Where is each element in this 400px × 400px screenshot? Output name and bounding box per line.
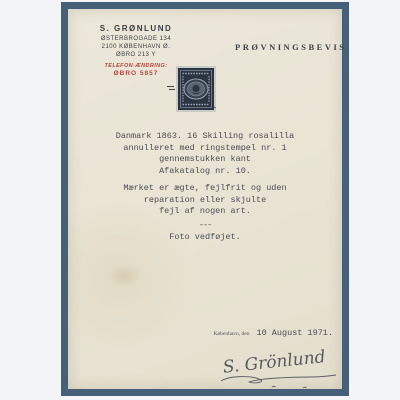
separator-dashes: --- xyxy=(68,220,342,232)
document-title: PRØVNINGSBEVIS xyxy=(235,42,347,52)
annotation-dash-mark xyxy=(167,85,175,91)
description-line: gennemstukken kant xyxy=(68,154,342,166)
signature-text: S. Grönlund xyxy=(222,347,327,378)
statement-line: reparation eller skjulte xyxy=(68,195,342,207)
page-background: { "letterhead": { "name": "S. GRØNLUND",… xyxy=(0,0,400,400)
letterhead-phone: ØBRO 213 Y xyxy=(76,51,196,59)
description-line: Afakatalog nr. 10. xyxy=(68,166,342,178)
stamp-photo xyxy=(176,66,216,112)
statement-line: fejl af nogen art. xyxy=(68,206,342,218)
statement-line: Mærket er ægte, fejlfrit og uden xyxy=(68,183,342,195)
letterhead-address1: ØSTERBROGADE 134 xyxy=(76,35,196,43)
paper-stain xyxy=(108,264,142,288)
photo-note: Foto vedføjet. xyxy=(68,232,342,244)
letterhead-name: S. GRØNLUND xyxy=(76,24,196,33)
signature: S. Grönlund xyxy=(215,335,341,391)
certificate-photo: S. GRØNLUND ØSTERBROGADE 134 2100 KØBENH… xyxy=(61,2,349,396)
letterhead-address2: 2100 KØBENHAVN Ø. xyxy=(76,43,196,51)
certificate-body: Danmark 1863. 16 Skilling rosalilla annu… xyxy=(68,131,342,244)
description-line: Danmark 1863. 16 Skilling rosalilla xyxy=(68,131,342,143)
description-line: annulleret med ringstempel nr. 1 xyxy=(68,143,342,155)
